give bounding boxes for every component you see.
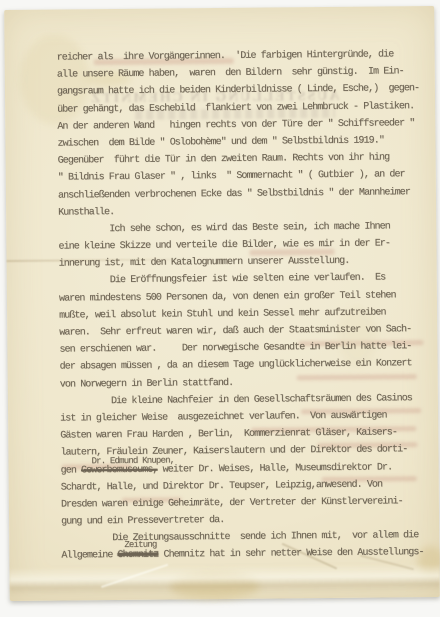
typed-line: Allgemeine Chemnitz Chemnitz hat in sehr… [61, 544, 439, 565]
typed-line: Dresden waren einige Geheimräte, der Ver… [61, 493, 439, 514]
struck-text: Chemnitz [117, 550, 158, 561]
typed-line: anschließenden verbrochenen Ecke das " S… [58, 183, 436, 204]
scanned-letter: AUSSTELLUNG IN CHEMNITZ reicher als ihre… [0, 0, 440, 617]
typed-line: der absagen müssen , da an diesem Tage u… [60, 355, 438, 376]
fold-crease [10, 564, 440, 602]
typed-insertion-director-name: Dr. Edmund Knupen, [91, 455, 174, 466]
typed-text: reicher als ihre Vorgängerinnen. 'Die fa… [57, 46, 440, 565]
typed-insertion-zeitung: Zeitung [124, 540, 156, 550]
letter-page: AUSSTELLUNG IN CHEMNITZ reicher als ihre… [4, 6, 440, 601]
